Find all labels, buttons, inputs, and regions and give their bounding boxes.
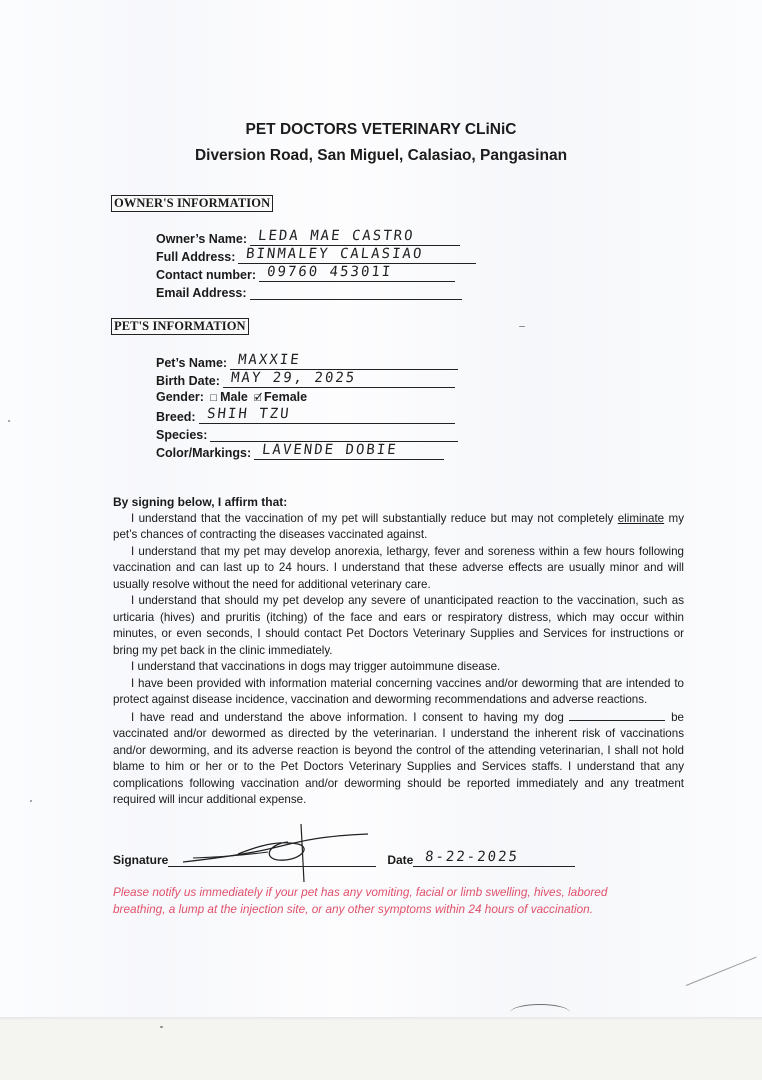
color-markings-label: Color/Markings: (156, 446, 251, 460)
species-label: Species: (156, 428, 207, 442)
underlined-word: eliminate (618, 512, 664, 525)
date-label: Date (387, 853, 413, 867)
color-markings-value: LAVENDE DOBIE (261, 442, 398, 458)
scan-speck (160, 1026, 163, 1028)
affirmation-paragraph: I have been provided with information ma… (113, 676, 684, 709)
species-field[interactable]: Species: (156, 426, 458, 442)
breed-label: Breed: (156, 410, 196, 424)
pet-name-label: Pet’s Name: (156, 356, 227, 370)
scan-speck (8, 420, 10, 422)
contact-number-field[interactable]: Contact number: 09760 45301I (156, 266, 455, 282)
affirmation-paragraph: I understand that the vaccination of my … (113, 511, 684, 544)
affirmation-section: By signing below, I affirm that: I under… (113, 494, 684, 809)
email-address-label: Email Address: (156, 286, 247, 300)
date-field[interactable]: 8-22-2025 (413, 852, 575, 867)
breed-value: SHIH TZU (206, 406, 291, 422)
signature-scribble (178, 824, 378, 884)
scan-speck (519, 326, 525, 327)
male-option-label: Male (220, 390, 248, 404)
signature-label: Signature (113, 853, 168, 867)
dog-name-blank[interactable] (569, 709, 665, 721)
consent-paragraph: I have read and understand the above inf… (113, 709, 684, 809)
birth-date-field[interactable]: Birth Date: MAY 29, 2025 (156, 372, 455, 388)
post-vaccination-notice: Please notify us immediately if your pet… (113, 884, 653, 918)
affirmation-paragraph: I understand that vaccinations in dogs m… (113, 659, 684, 676)
full-address-field[interactable]: Full Address: BINMALEY CALASIAO (156, 248, 476, 264)
male-checkbox[interactable]: □ (210, 392, 217, 404)
email-address-field[interactable]: Email Address: (156, 284, 462, 300)
owner-name-field[interactable]: Owner’s Name: LEDA MAE CASTRO (156, 230, 460, 246)
gender-field: Gender: □Male □✓Female (156, 390, 307, 404)
contact-number-label: Contact number: (156, 268, 256, 282)
signature-row: Signature Date 8-22-2025 (113, 852, 575, 867)
affirmation-paragraph: I understand that my pet may develop ano… (113, 544, 684, 594)
owner-name-label: Owner’s Name: (156, 232, 247, 246)
gender-label: Gender: (156, 390, 204, 404)
affirmation-paragraph: I understand that should my pet develop … (113, 593, 684, 659)
pet-info-heading: PET'S INFORMATION (111, 318, 249, 335)
checkmark-icon: ✓ (253, 389, 264, 405)
date-value: 8-22-2025 (425, 849, 521, 865)
full-address-label: Full Address: (156, 250, 235, 264)
paper-curl-mark (510, 1004, 570, 1021)
affirmation-lead: By signing below, I affirm that: (113, 494, 684, 511)
contact-number-value: 09760 45301I (266, 264, 393, 280)
owner-name-value: LEDA MAE CASTRO (257, 228, 415, 244)
birth-date-label: Birth Date: (156, 374, 220, 388)
scan-speck (30, 800, 32, 802)
clinic-name: PET DOCTORS VETERINARY CLiNiC (0, 121, 762, 139)
clinic-address: Diversion Road, San Miguel, Calasiao, Pa… (0, 147, 762, 165)
birth-date-value: MAY 29, 2025 (230, 370, 357, 386)
owner-info-heading: OWNER'S INFORMATION (111, 195, 273, 212)
female-checkbox[interactable]: □✓ (254, 392, 261, 404)
pet-name-value: MAXXIE (237, 352, 301, 368)
scanner-bed-edge (0, 1017, 762, 1020)
signature-field[interactable] (168, 852, 376, 867)
pet-name-field[interactable]: Pet’s Name: MAXXIE (156, 354, 458, 370)
breed-field[interactable]: Breed: SHIH TZU (156, 408, 455, 424)
full-address-value: BINMALEY CALASIAO (246, 246, 425, 262)
female-option-label: Female (264, 390, 307, 404)
color-markings-field[interactable]: Color/Markings: LAVENDE DOBIE (156, 444, 444, 460)
